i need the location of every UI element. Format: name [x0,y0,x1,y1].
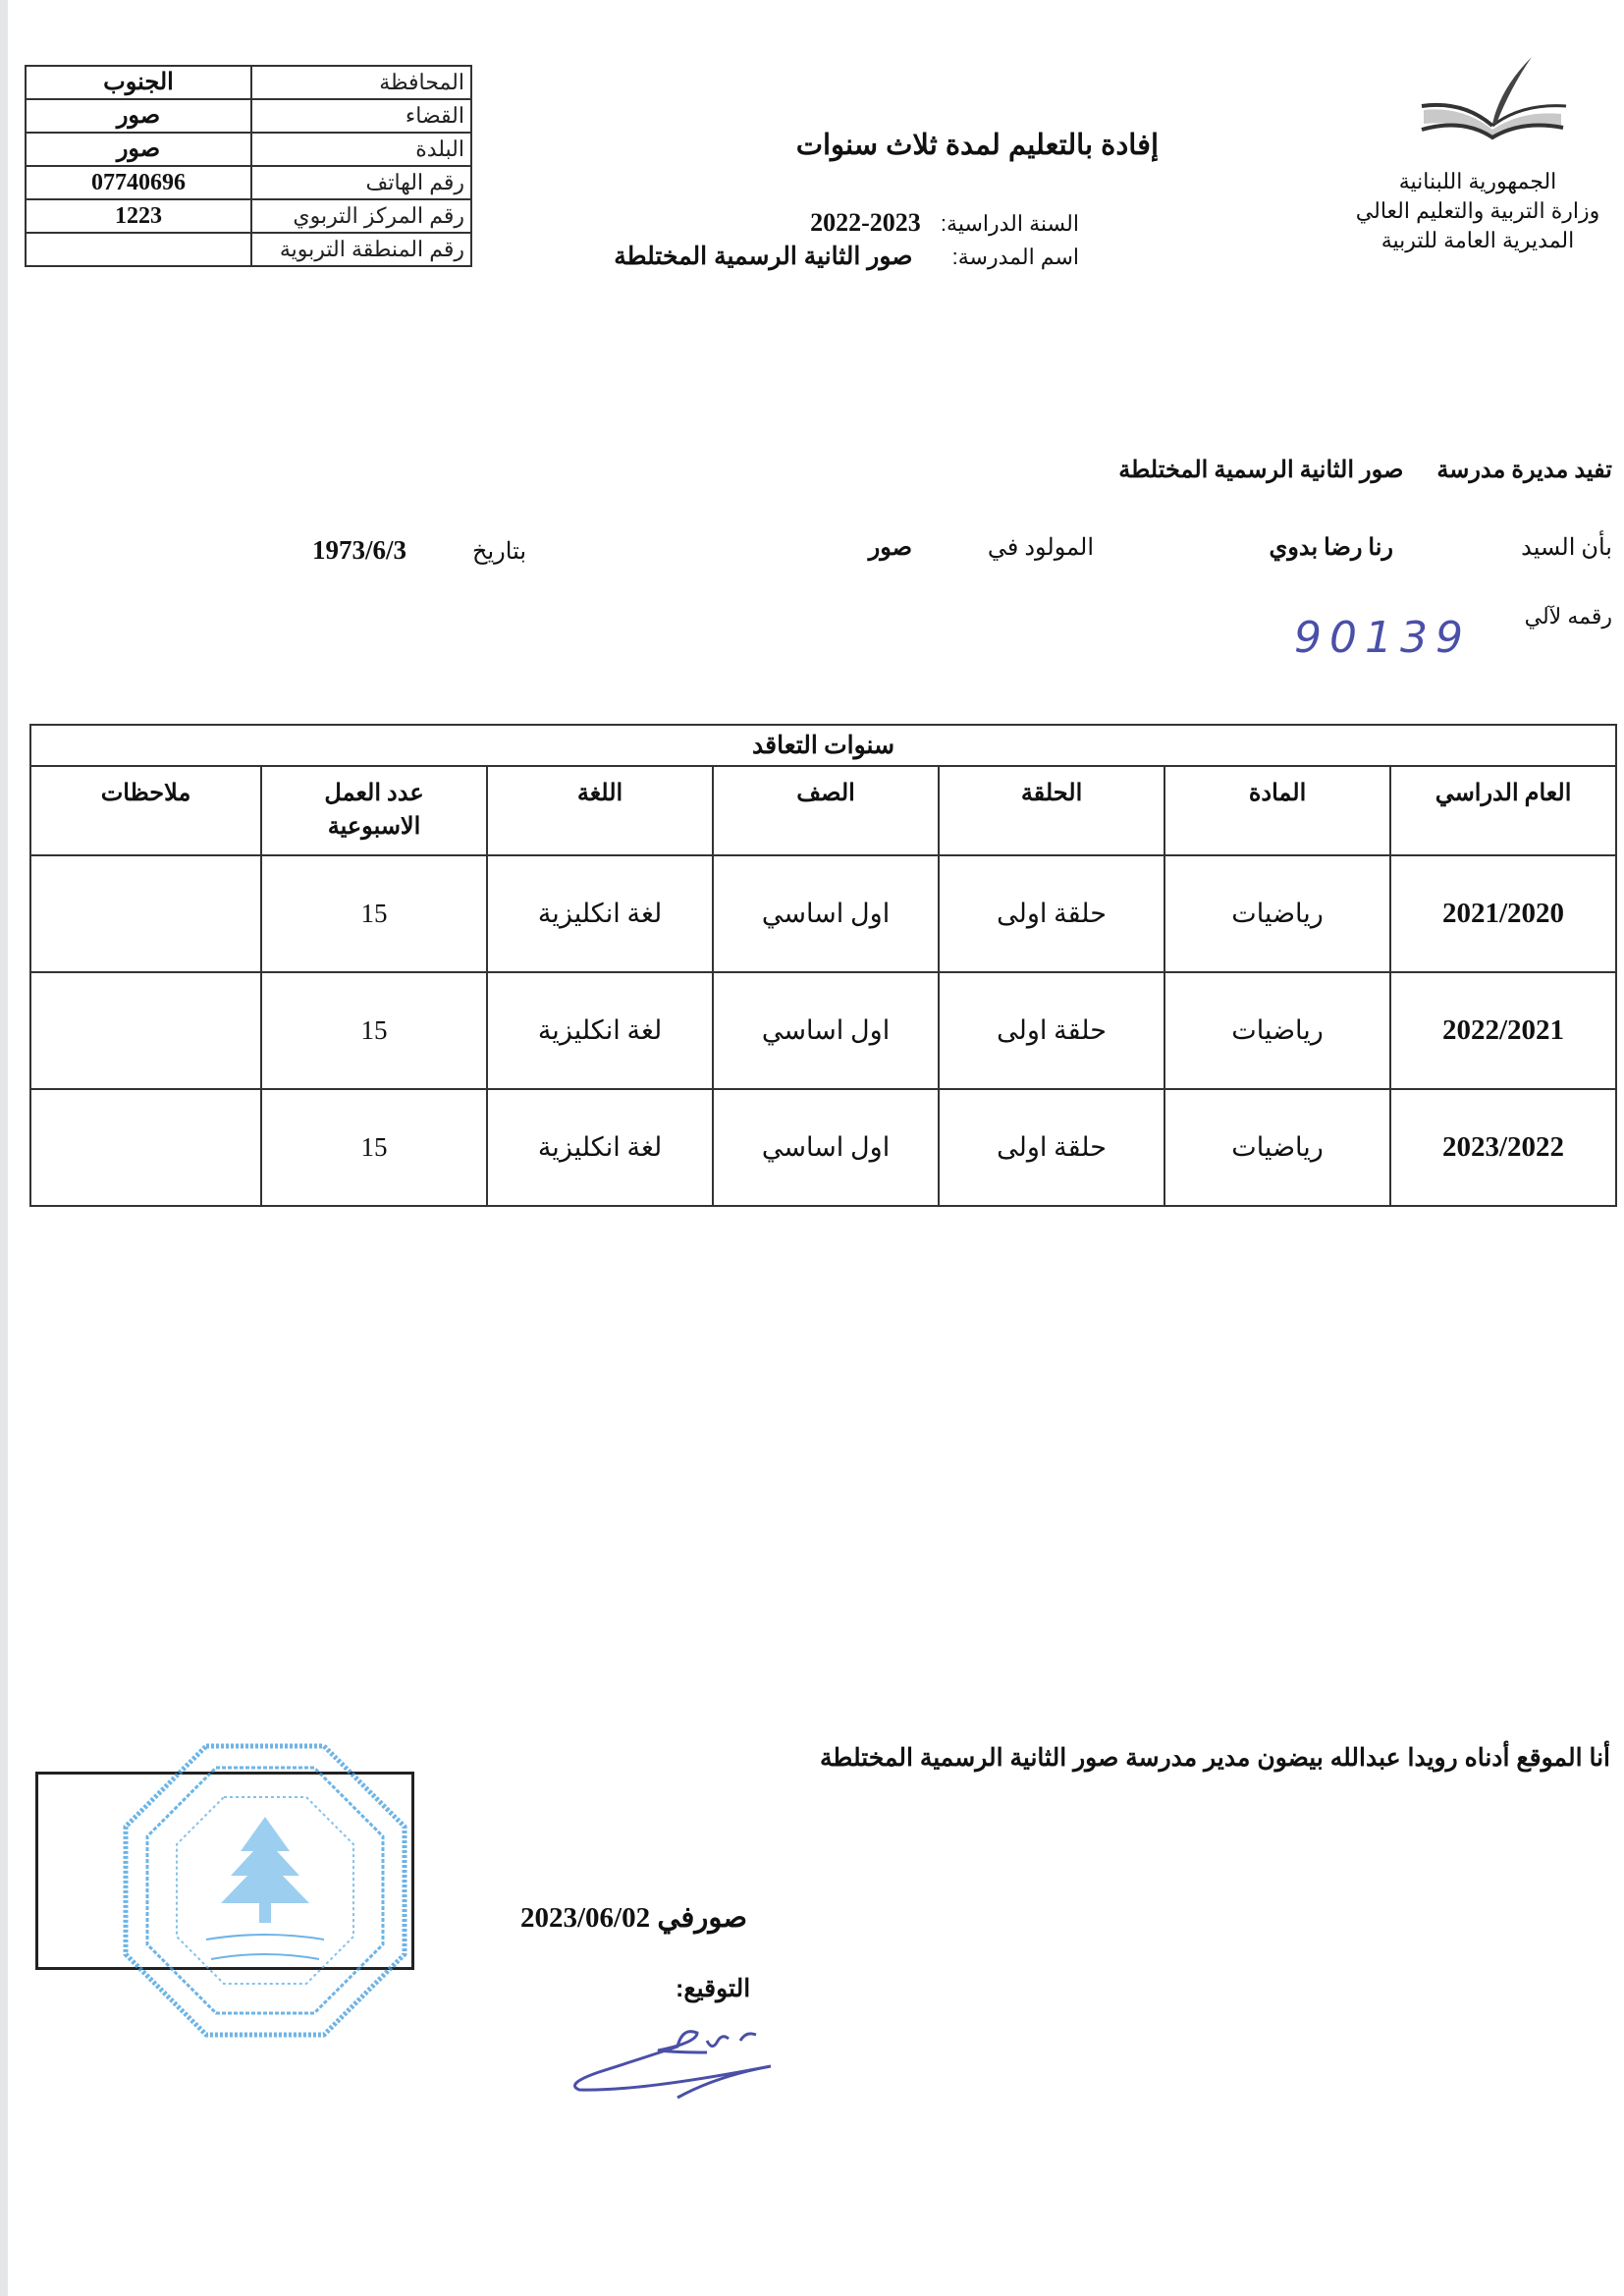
handwritten-id-number: 90139 [1294,613,1471,663]
cell-language: لغة انكليزية [487,855,713,972]
info-value: صور [26,99,251,133]
info-label: المحافظة [251,66,471,99]
cell-notes [30,972,261,1089]
cell-subject: رياضيات [1164,855,1390,972]
info-label: رقم المركز التربوي [251,199,471,233]
date-label: بتاريخ [472,537,526,566]
info-row: المحافظة الجنوب [26,66,471,99]
cell-year: 2022/2021 [1390,972,1616,1089]
birth-date: 1973/6/3 [312,535,406,566]
signature-label: التوقيع: [676,1974,750,2003]
info-value: صور [26,133,251,166]
cell-subject: رياضيات [1164,1089,1390,1206]
cell-grade: اول اساسي [713,1089,939,1206]
school-info-table: المحافظة الجنوب القضاء صور البلدة صور رق… [25,65,472,267]
school-name-value: صور الثانية الرسمية المختلطة [614,243,912,270]
statement-school: صور الثانية الرسمية المختلطة [1118,458,1403,483]
person-label: بأن السيد [1521,533,1612,562]
cell-cycle: حلقة اولى [939,855,1164,972]
info-value: 07740696 [26,166,251,199]
cell-grade: اول اساسي [713,972,939,1089]
school-name-label: اسم المدرسة: [952,245,1079,269]
col-weekly-hours: عدد العمل الاسبوعية [261,766,487,855]
id-label: رقمه لآلي [1525,604,1612,629]
born-place: صور [869,533,912,562]
cell-year: 2021/2020 [1390,855,1616,972]
col-academic-year: العام الدراسي [1390,766,1616,855]
statement-intro-line: تفيد مديرة مدرسة صور الثانية الرسمية الم… [1118,456,1612,484]
academic-year-line: السنة الدراسية: 2023-2022 [810,208,1079,238]
cell-notes [30,1089,261,1206]
col-cycle: الحلقة [939,766,1164,855]
directorate-name: المديرية العامة للتربية [1335,226,1620,255]
info-row: رقم المنطقة التربوية [26,233,471,266]
col-language: اللغة [487,766,713,855]
info-label: رقم المنطقة التربوية [251,233,471,266]
handwritten-signature-icon [560,2023,785,2111]
info-row: القضاء صور [26,99,471,133]
col-grade: الصف [713,766,939,855]
republic-name: الجمهورية اللبنانية [1335,167,1620,196]
col-subject: المادة [1164,766,1390,855]
cell-language: لغة انكليزية [487,1089,713,1206]
info-row: البلدة صور [26,133,471,166]
open-book-quill-icon [1394,49,1571,147]
col-notes: ملاحظات [30,766,261,855]
cell-weekly-hours: 15 [261,855,487,972]
contract-years-table: سنوات التعاقد العام الدراسي المادة الحلق… [29,724,1617,1207]
academic-year-value: 2023-2022 [810,208,921,237]
column-header-row: العام الدراسي المادة الحلقة الصف اللغة ع… [30,766,1616,855]
info-row: رقم الهاتف 07740696 [26,166,471,199]
cell-language: لغة انكليزية [487,972,713,1089]
signatory-statement: أنا الموقع أدناه رويدا عبدالله بيضون مدي… [820,1743,1610,1773]
person-name: رنا رضا بدوي [1269,533,1393,562]
document-title: إفادة بالتعليم لمدة ثلاث سنوات [746,128,1159,162]
ministry-name: وزارة التربية والتعليم العالي [1335,196,1620,226]
table-row: 2022/2021 رياضيات حلقة اولى اول اساسي لغ… [30,972,1616,1089]
statement-intro: تفيد مديرة مدرسة [1436,458,1612,483]
cell-weekly-hours: 15 [261,972,487,1089]
info-value: 1223 [26,199,251,233]
scan-edge [0,0,8,2296]
cell-year: 2023/2022 [1390,1089,1616,1206]
info-value [26,233,251,266]
info-label: البلدة [251,133,471,166]
school-name-line: اسم المدرسة: صور الثانية الرسمية المختلط… [614,242,1079,271]
cell-notes [30,855,261,972]
cell-subject: رياضيات [1164,972,1390,1089]
table-row: 2023/2022 رياضيات حلقة اولى اول اساسي لغ… [30,1089,1616,1206]
cell-grade: اول اساسي [713,855,939,972]
info-label: رقم الهاتف [251,166,471,199]
academic-year-label: السنة الدراسية: [941,211,1079,236]
ministry-header: الجمهورية اللبنانية وزارة التربية والتعل… [1335,167,1620,255]
official-cedar-stamp-icon [118,1738,412,2043]
born-label: المولود في [988,533,1094,562]
place-and-date: صورفي 2023/06/02 [520,1900,747,1935]
info-value: الجنوب [26,66,251,99]
info-label: القضاء [251,99,471,133]
group-header: سنوات التعاقد [30,725,1616,766]
info-row: رقم المركز التربوي 1223 [26,199,471,233]
table-row: 2021/2020 رياضيات حلقة اولى اول اساسي لغ… [30,855,1616,972]
cell-cycle: حلقة اولى [939,972,1164,1089]
cell-cycle: حلقة اولى [939,1089,1164,1206]
cell-weekly-hours: 15 [261,1089,487,1206]
